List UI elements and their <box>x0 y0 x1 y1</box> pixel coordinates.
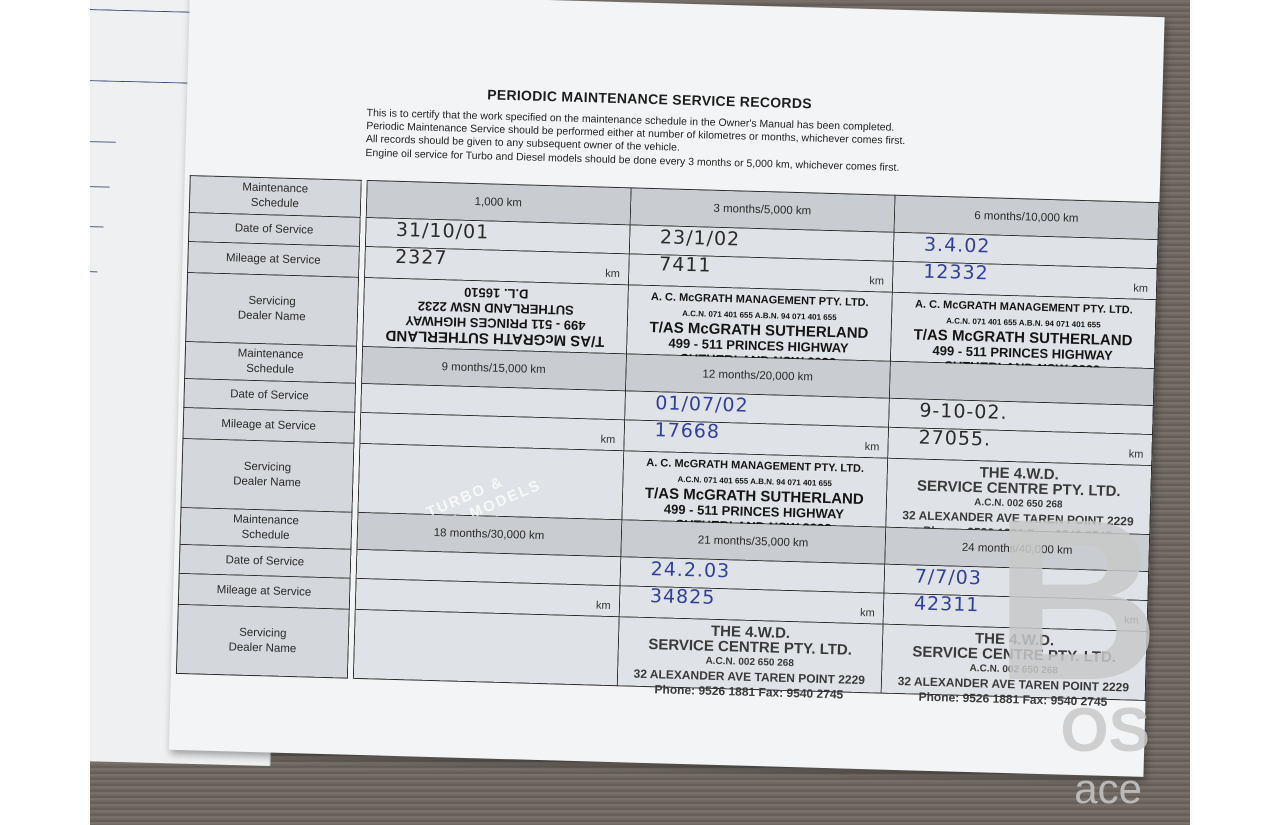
handwritten-mileage: 2327 <box>395 246 448 269</box>
divider <box>90 186 110 188</box>
label-mileage-at-service: Mileage at Service <box>178 573 349 609</box>
handwritten-mileage: 34825 <box>650 585 716 609</box>
intro-text: This is to certify that the work specifi… <box>365 107 986 177</box>
dealer-cell[interactable]: THE 4.W.D.SERVICE CENTRE PTY. LTD.A.C.N.… <box>881 624 1147 700</box>
dealer-cell[interactable]: TURBO &DIESEL MODELSONLY <box>357 443 623 519</box>
handwritten-date: 7/7/03 <box>914 565 982 589</box>
label-servicing-dealer-name: ServicingDealer Name <box>176 604 348 678</box>
service-records-page: PERIODIC MAINTENANCE SERVICE RECORDS Thi… <box>169 0 1165 777</box>
label-maintenance-schedule: MaintenanceSchedule <box>180 507 351 549</box>
dealer-cell[interactable]: THE 4.W.D.SERVICE CENTRE PTY. LTD.A.C.N.… <box>886 458 1152 534</box>
handwritten-mileage: 42311 <box>914 592 980 616</box>
photo-background: PERIODIC MAINTENANCE SERVICE RECORDS Thi… <box>90 0 1190 825</box>
km-unit: km <box>605 268 620 280</box>
km-unit: km <box>864 441 879 453</box>
divider <box>90 226 104 228</box>
dealer-cell[interactable]: A. C. McGRATH MANAGEMENT PTY. LTD.A.C.N.… <box>362 277 628 353</box>
handwritten-date: 01/07/02 <box>655 392 749 417</box>
km-unit: km <box>1124 614 1139 626</box>
km-unit: km <box>1133 282 1148 294</box>
label-date-of-service: Date of Service <box>179 544 350 578</box>
label-maintenance-schedule: MaintenanceSchedule <box>189 176 360 218</box>
dealer-cell[interactable] <box>353 609 619 685</box>
dealer-cell[interactable]: A. C. McGRATH MANAGEMENT PTY. LTD.A.C.N.… <box>622 451 888 527</box>
label-maintenance-schedule: MaintenanceSchedule <box>185 342 356 384</box>
km-unit: km <box>1129 448 1144 460</box>
label-date-of-service: Date of Service <box>188 213 359 247</box>
dealer-cell[interactable]: THE 4.W.D.SERVICE CENTRE PTY. LTD.A.C.N.… <box>617 617 883 693</box>
handwritten-date: 31/10/01 <box>396 219 490 244</box>
km-unit: km <box>596 600 611 612</box>
label-servicing-dealer-name: ServicingDealer Name <box>181 438 353 512</box>
divider <box>90 271 97 272</box>
km-unit: km <box>869 275 884 287</box>
handwritten-date: 24.2.03 <box>650 558 730 582</box>
divider <box>90 141 116 143</box>
handwritten-date: 3.4.02 <box>924 234 991 258</box>
dealer-stamp-4wd: THE 4.W.D.SERVICE CENTRE PTY. LTD.A.C.N.… <box>621 621 878 703</box>
handwritten-mileage: 17668 <box>654 419 720 443</box>
service-records-table: MaintenanceSchedule1,000 km3 months/5,00… <box>176 175 1160 701</box>
label-mileage-at-service: Mileage at Service <box>183 407 354 443</box>
handwritten-date: 9-10-02. <box>919 400 1008 424</box>
dealer-cell[interactable]: A. C. McGRATH MANAGEMENT PTY. LTD.A.C.N.… <box>626 285 892 361</box>
handwritten-mileage: 7411 <box>659 253 712 276</box>
handwritten-mileage: 27055. <box>918 427 991 451</box>
label-mileage-at-service: Mileage at Service <box>188 242 359 278</box>
km-unit: km <box>600 434 615 446</box>
label-servicing-dealer-name: ServicingDealer Name <box>186 273 358 347</box>
page-title: PERIODIC MAINTENANCE SERVICE RECORDS <box>487 86 812 111</box>
km-unit: km <box>860 607 875 619</box>
dealer-cell[interactable]: A. C. McGRATH MANAGEMENT PTY. LTD.A.C.N.… <box>890 292 1156 368</box>
dealer-stamp-4wd: THE 4.W.D.SERVICE CENTRE PTY. LTD.A.C.N.… <box>885 629 1142 711</box>
handwritten-date: 23/1/02 <box>660 226 741 250</box>
handwritten-mileage: 12332 <box>923 261 989 285</box>
facing-page-box <box>90 9 200 84</box>
label-date-of-service: Date of Service <box>184 379 355 413</box>
